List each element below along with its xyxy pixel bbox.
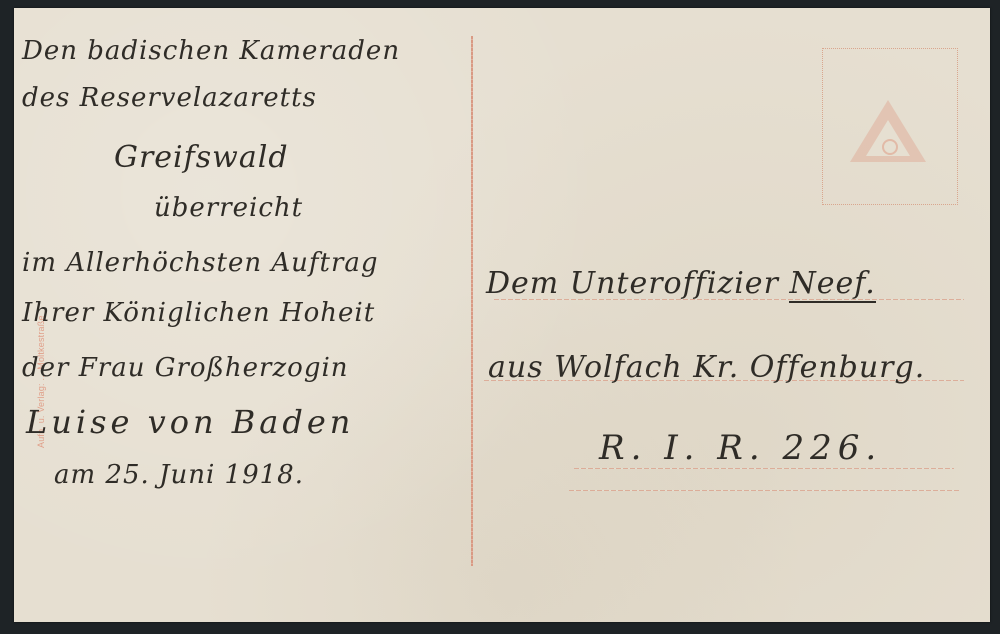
address-rank: Dem Unteroffizier (486, 266, 789, 301)
address-town: aus Wolfach Kr. Offenburg. (488, 350, 925, 385)
center-divider-line (471, 36, 473, 566)
address-recipient: Dem Unteroffizier Neef. (486, 266, 876, 301)
message-line: im Allerhöchsten Auftrag (22, 248, 379, 278)
message-line: des Reservelazaretts (22, 83, 317, 113)
emblem-center-dot (882, 139, 898, 155)
message-line: Den badischen Kameraden (22, 36, 400, 66)
address-line-4 (569, 490, 959, 491)
message-line: am 25. Juni 1918. (54, 460, 304, 490)
message-line: Greifswald (114, 140, 289, 175)
postcard: Aufn. u. Verlag: ... Moltkestraße Den ba… (14, 8, 990, 622)
message-line: überreicht (154, 193, 303, 223)
message-line: der Frau Großherzogin (22, 353, 349, 383)
address-line-3 (574, 468, 954, 469)
address-regiment: R. I. R. 226. (599, 428, 882, 468)
message-line: Luise von Baden (26, 403, 354, 441)
message-line: Ihrer Königlichen Hoheit (22, 298, 375, 328)
address-name-underlined: Neef. (789, 266, 875, 303)
